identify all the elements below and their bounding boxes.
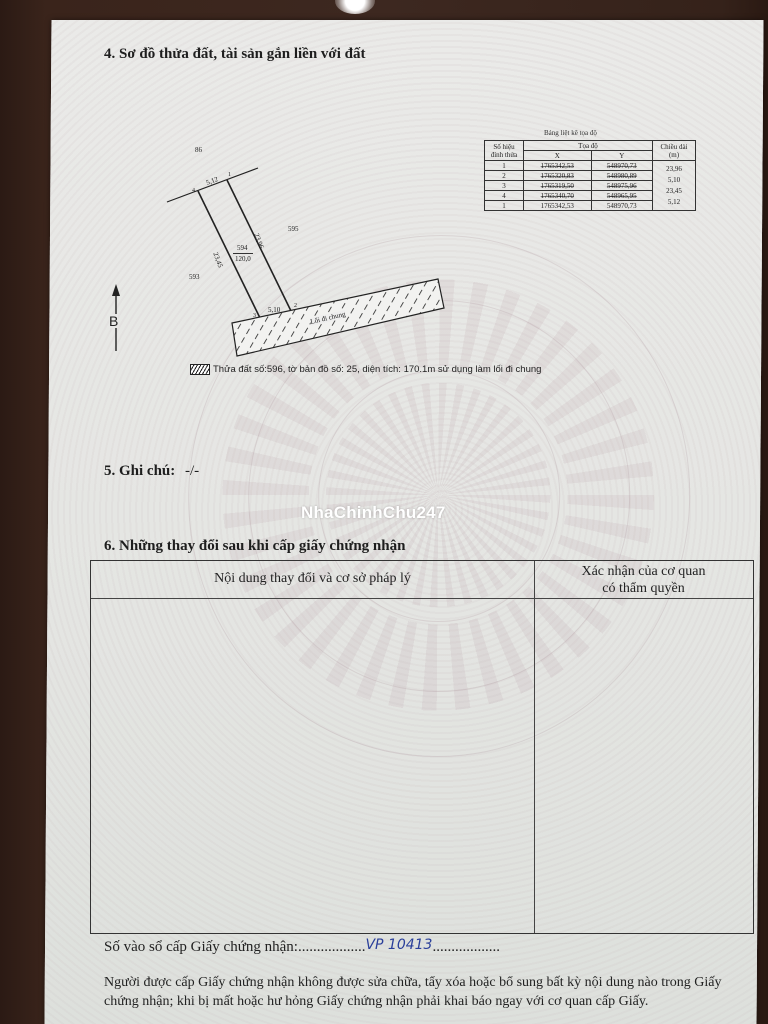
registration-value: VP 10413	[365, 937, 432, 953]
vertex-1: 1	[228, 172, 231, 178]
header-authority-line2: có thẩm quyền	[534, 580, 753, 597]
vertex-3: 3	[253, 313, 256, 319]
diagram-legend: Thửa đất số:596, tờ bản đồ số: 25, diện …	[190, 364, 541, 375]
header-x: X	[524, 151, 592, 161]
label-bottom-edge: 5,10	[268, 306, 280, 314]
cell-point: 1	[485, 161, 524, 171]
registration-number: Số vào sổ cấp Giấy chứng nhận:..........…	[104, 939, 500, 956]
coord-table: Số hiệu đỉnh thửa Tọa độ Chiều dài (m) X…	[484, 140, 696, 211]
header-authority-confirmation: Xác nhận của cơ quan có thẩm quyền	[534, 563, 753, 597]
section-6-title: 6. Những thay đổi sau khi cấp giấy chứng…	[104, 538, 405, 555]
north-arrow-label: B	[109, 314, 118, 328]
header-authority-line1: Xác nhận của cơ quan	[534, 563, 753, 580]
cell-point: 4	[485, 191, 524, 201]
vertex-4: 4	[192, 188, 195, 194]
watermark-text: NhaChinhChu247	[301, 503, 445, 523]
coord-table-caption: Bảng liệt kê tọa độ	[544, 129, 597, 137]
header-point: Số hiệu đỉnh thửa	[485, 141, 524, 161]
cell-y: 548980,89	[591, 171, 652, 181]
header-length: Chiều dài (m)	[653, 141, 696, 161]
changes-table: Nội dung thay đổi và cơ sở pháp lý Xác n…	[90, 560, 754, 934]
hatch-swatch-icon	[190, 364, 210, 375]
cell-x: 1765319,50	[524, 181, 592, 191]
table-row: 1 1765342,53 548970,73 23,96 5,10 23,45 …	[485, 161, 696, 171]
label-parcel-593: 593	[189, 273, 200, 281]
length-1: 23,96	[655, 164, 693, 175]
vertex-2: 2	[294, 303, 297, 309]
length-4: 5,12	[655, 197, 693, 208]
cell-y: 548970,73	[591, 161, 652, 171]
column-divider	[534, 561, 535, 933]
legend-text: Thửa đất số:596, tờ bản đồ số: 25, diện …	[213, 364, 541, 375]
label-parcel-86: 86	[195, 146, 202, 154]
header-change-content: Nội dung thay đổi và cơ sở pháp lý	[91, 571, 534, 587]
length-2: 5,10	[655, 175, 693, 186]
dots: ..................	[432, 939, 500, 955]
cell-point: 2	[485, 171, 524, 181]
cell-point: 3	[485, 181, 524, 191]
dots: ..................	[298, 939, 366, 955]
warning-text: Người được cấp Giấy chứng nhận không đượ…	[104, 973, 734, 1011]
label-parcel-area: 120,0	[235, 255, 251, 263]
parcel-fraction-line	[233, 253, 253, 254]
section-5-value: -/-	[185, 463, 199, 479]
label-parcel-595: 595	[288, 225, 299, 233]
label-parcel-number: 594	[237, 244, 248, 252]
section-5-note: 5. Ghi chú: -/-	[104, 463, 199, 480]
header-y: Y	[591, 151, 652, 161]
header-coords: Tọa độ	[524, 141, 653, 151]
cell-y: 548970,73	[591, 201, 652, 211]
header-divider	[91, 598, 753, 599]
cell-x: 1765342,53	[524, 161, 592, 171]
cell-x: 1765340,70	[524, 191, 592, 201]
registration-label: Số vào sổ cấp Giấy chứng nhận:	[104, 939, 298, 955]
cell-x: 1765320,83	[524, 171, 592, 181]
cell-y: 548975,96	[591, 181, 652, 191]
cell-point: 1	[485, 201, 524, 211]
length-3: 23,45	[655, 186, 693, 197]
cell-lengths: 23,96 5,10 23,45 5,12	[653, 161, 696, 211]
cell-y: 548965,95	[591, 191, 652, 201]
section-5-label: 5. Ghi chú:	[104, 463, 175, 479]
cell-x: 1765342,53	[524, 201, 592, 211]
